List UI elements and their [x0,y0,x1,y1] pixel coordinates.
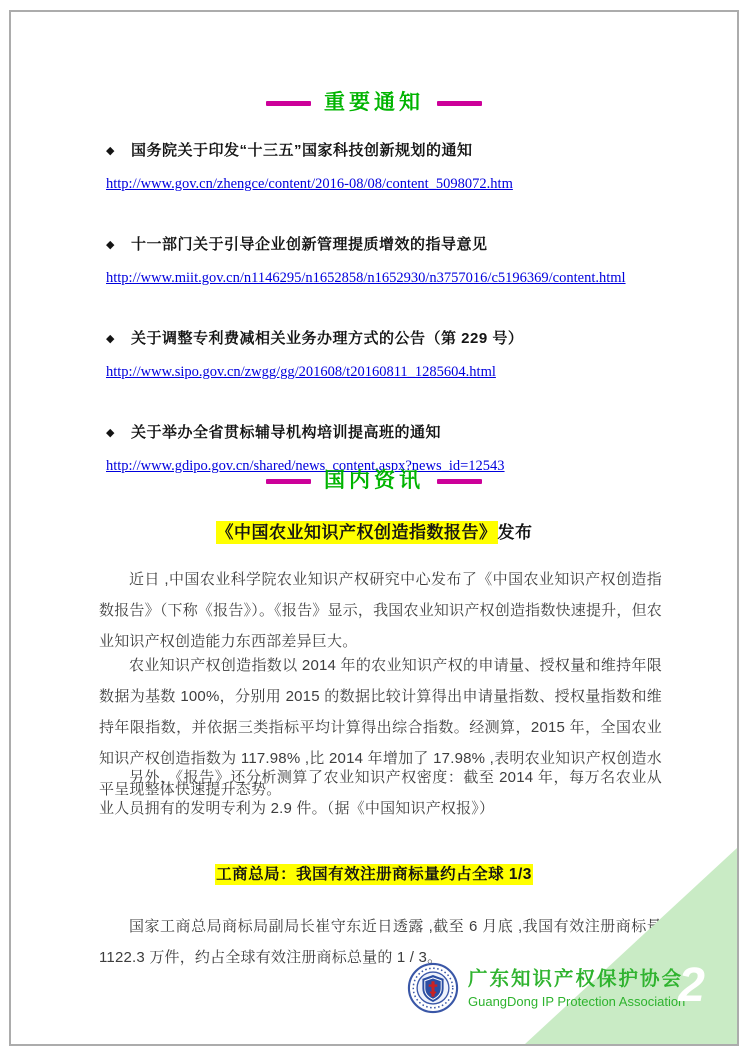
article-paragraph: 另外，《报告》还分析测算了农业知识产权密度：截至 2014 年，每万名农业从业人… [99,762,662,824]
notices-title: 重要通知 [324,90,424,116]
notice-heading: ◆国务院关于印发“十三五”国家科技创新规划的通知 [106,141,667,162]
domestic-news-header: 国内资讯 [11,468,737,494]
domestic-news-title: 国内资讯 [324,468,424,494]
highlighted-headline-text: 工商总局：我国有效注册商标量约占全球 1/3 [215,864,533,885]
notice-link[interactable]: http://www.gov.cn/zhengce/content/2016-0… [106,175,513,194]
article-1-headline: 《中国农业知识产权创造指数报告》发布 [11,518,737,543]
notice-title: 关于举办全省贯标辅导机构培训提高班的通知 [131,424,441,441]
header-dash-icon [266,479,311,484]
footer-org-names: 广东知识产权保护协会 GuangDong IP Protection Assoc… [468,967,685,1010]
header-dash-icon [437,479,482,484]
notice-title: 十一部门关于引导企业创新管理提质增效的指导意见 [131,236,488,253]
diamond-bullet-icon: ◆ [106,333,115,345]
article-paragraph: 近日 ,中国农业科学院农业知识产权研究中心发布了《中国农业知识产权创造指数报告》… [99,564,662,657]
notice-link[interactable]: http://www.miit.gov.cn/n1146295/n1652858… [106,269,626,288]
header-dash-icon [266,101,311,106]
page-number: 2 [678,960,705,1012]
page-frame: 重要通知 ◆国务院关于印发“十三五”国家科技创新规划的通知 http://www… [9,10,739,1046]
org-name-english: GuangDong IP Protection Association [468,993,685,1010]
footer: 广东知识产权保护协会 GuangDong IP Protection Assoc… [407,962,685,1014]
notices-header: 重要通知 [11,90,737,116]
diamond-bullet-icon: ◆ [106,427,115,439]
org-name-chinese: 广东知识产权保护协会 [468,967,685,991]
notice-title: 关于调整专利费减相关业务办理方式的公告（第 229 号） [131,330,523,347]
notice-link[interactable]: http://www.sipo.gov.cn/zwgg/gg/201608/t2… [106,363,496,382]
notice-heading: ◆十一部门关于引导企业创新管理提质增效的指导意见 [106,235,667,256]
headline-text: 发布 [498,523,533,542]
notice-item: ◆十一部门关于引导企业创新管理提质增效的指导意见 http://www.miit… [106,235,667,309]
notice-item: ◆国务院关于印发“十三五”国家科技创新规划的通知 http://www.gov.… [106,141,667,215]
notice-title: 国务院关于印发“十三五”国家科技创新规划的通知 [131,142,473,159]
diamond-bullet-icon: ◆ [106,239,115,251]
notice-item: ◆关于调整专利费减相关业务办理方式的公告（第 229 号） http://www… [106,329,667,403]
article-2-headline: 工商总局：我国有效注册商标量约占全球 1/3 [11,862,737,884]
notice-heading: ◆关于调整专利费减相关业务办理方式的公告（第 229 号） [106,329,667,350]
association-logo-icon [407,962,459,1014]
highlighted-headline-text: 《中国农业知识产权创造指数报告》 [216,521,498,544]
notice-heading: ◆关于举办全省贯标辅导机构培训提高班的通知 [106,423,667,444]
diamond-bullet-icon: ◆ [106,145,115,157]
header-dash-icon [437,101,482,106]
notices-list: ◆国务院关于印发“十三五”国家科技创新规划的通知 http://www.gov.… [106,141,667,517]
